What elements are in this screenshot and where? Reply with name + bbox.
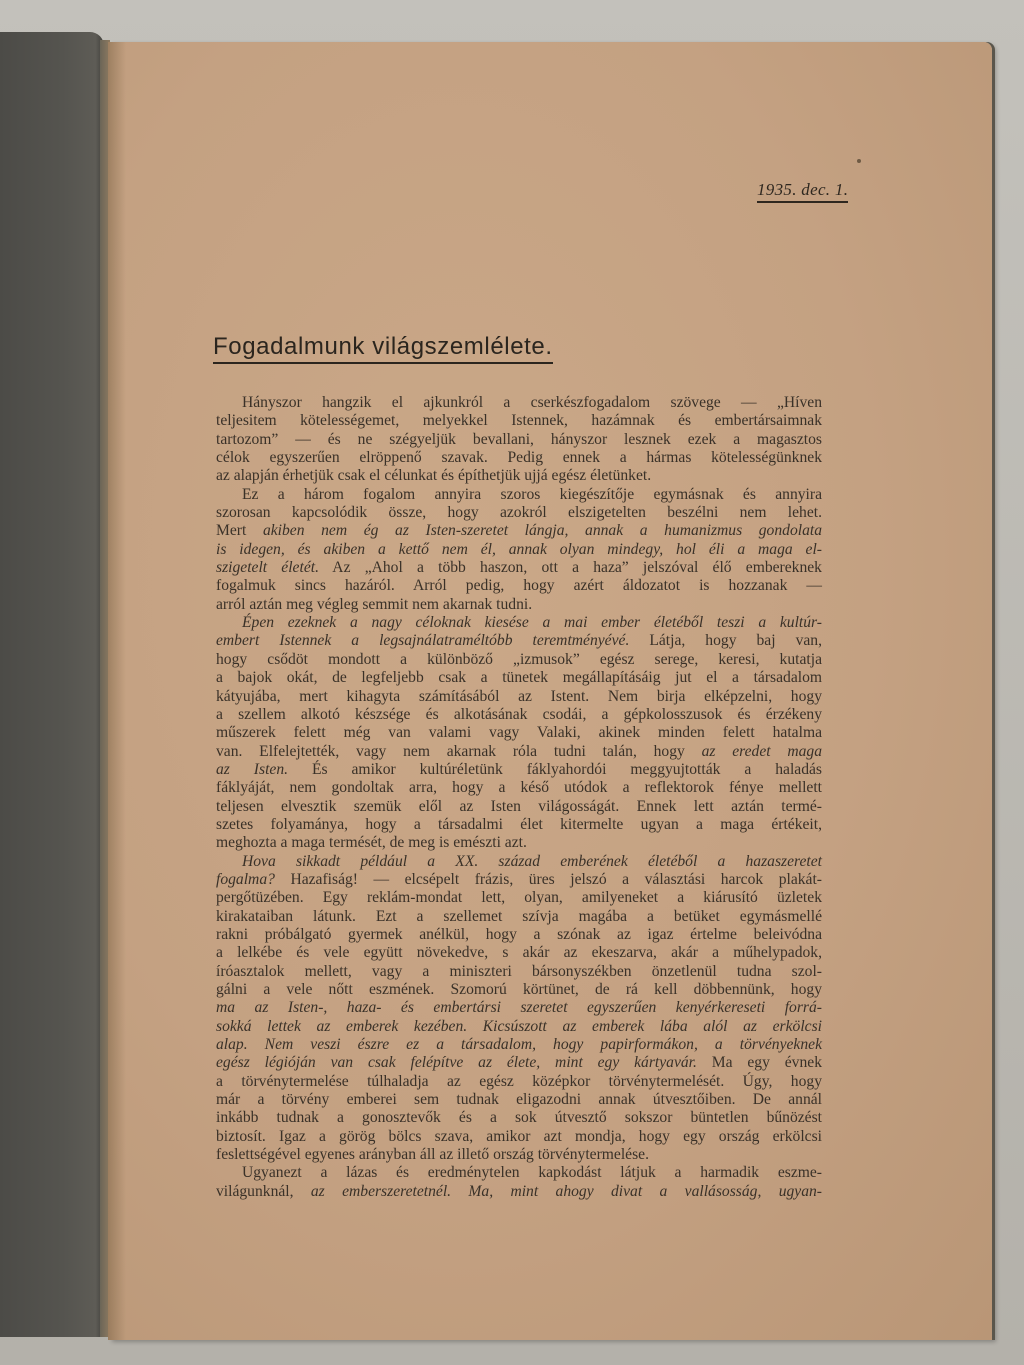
text-line: az alapján érhetjük csak el célunkat és … [216, 467, 822, 485]
text-line: szorosan kapcsolódik össze, hogy azokról… [216, 504, 822, 522]
paper-speck [857, 159, 861, 163]
text-segment: Az „Ahol a több haszon, ott a haza” jels… [319, 559, 822, 576]
text-segment: a szellem alkotó készsége és alkotásának… [216, 706, 822, 723]
text-line: alap. Nem veszi észre ez a társadalom, h… [216, 1036, 822, 1054]
text-segment: a bajok okát, de legfeljebb csak a tünet… [216, 669, 822, 686]
text-line: egész légióján van csak felépítve az éle… [216, 1054, 822, 1072]
text-line: teljesen elvesztik szemük elől az Isten … [216, 798, 822, 816]
text-segment: gálni a vele nőtt eszmének. Szomorú kört… [216, 981, 822, 998]
text-line: íróasztalok mellett, vagy a miniszteri b… [216, 963, 822, 981]
text-segment: Ugyanezt a lázas és eredménytelen kapkod… [242, 1164, 822, 1181]
italic-text-segment: fogalma? [216, 871, 275, 888]
text-line: arról aztán meg végleg semmit nem akarna… [216, 596, 822, 614]
text-line: Hányszor hangzik el ajkunkról a cserkész… [216, 394, 822, 412]
text-line: az Isten. És amikor kultúréletünk fáklya… [216, 761, 822, 779]
text-line: gálni a vele nőtt eszmének. Szomorú kört… [216, 981, 822, 999]
italic-text-segment: sokká lettek az emberek kezében. Kicsúsz… [216, 1018, 822, 1035]
text-line: kirakataiban látunk. Ezt a szellemet szí… [216, 908, 822, 926]
text-segment: fogalmuk sincs hazáról. Arról pedig, hog… [216, 577, 822, 594]
text-line: Mert akiben nem ég az Isten-szeretet lán… [216, 522, 822, 540]
text-line: a szellem alkotó készsége és alkotásának… [216, 706, 822, 724]
text-segment: fáklyáját, nem gondoltak arra, hogy a ké… [216, 779, 822, 796]
italic-text-segment: ma az Isten-, haza- és embertársi szeret… [216, 999, 822, 1016]
text-segment: Ez a három fogalom annyira szoros kiegés… [242, 486, 822, 503]
text-line: célok egyszerűen elröppenő szavak. Pedig… [216, 449, 822, 467]
text-segment: a törvénytermelése túlhaladja az egész k… [216, 1073, 822, 1090]
text-line: a törvénytermelése túlhaladja az egész k… [216, 1073, 822, 1091]
text-segment: íróasztalok mellett, vagy a miniszteri b… [216, 963, 822, 980]
text-line: hogy csődöt mondott a különböző „izmusok… [216, 651, 822, 669]
italic-text-segment: az eredet maga [702, 743, 822, 760]
text-segment: rakni próbálgató gyermek anélkül, hogy a… [216, 926, 822, 943]
text-segment: Hányszor hangzik el ajkunkról a cserkész… [242, 394, 822, 411]
text-segment: Hazafiság! — elcsépelt frázis, üres jels… [275, 871, 822, 888]
text-line: kátyujába, mert kihagyta számításából az… [216, 688, 822, 706]
italic-text-segment: alap. Nem veszi észre ez a társadalom, h… [216, 1036, 822, 1053]
text-line: világunknál, az emberszeretetnél. Ma, mi… [216, 1183, 822, 1201]
text-segment: Mert [216, 522, 263, 539]
text-line: szigetelt életét. Az „Ahol a több haszon… [216, 559, 822, 577]
text-segment: Ma egy évnek [697, 1054, 822, 1071]
text-segment: műszerek felett még van valami vagy Vala… [216, 724, 822, 741]
text-line: Épen ezeknek a nagy céloknak kiesése a m… [216, 614, 822, 632]
text-line: tartozom” — és ne szégyeljük bevallani, … [216, 431, 822, 449]
italic-text-segment: egész légióján van csak felépítve az éle… [216, 1054, 697, 1071]
booklet-cover [0, 32, 104, 1337]
italic-text-segment: akiben nem ég az Isten-szeretet lángja, … [263, 522, 822, 539]
text-line: feslettségével egyenes arányban áll az i… [216, 1146, 822, 1164]
text-line: rakni próbálgató gyermek anélkül, hogy a… [216, 926, 822, 944]
italic-text-segment: embert Istennek a legsajnálatraméltóbb t… [216, 632, 629, 649]
document-title: Fogadalmunk világszemlélete. [213, 333, 553, 364]
text-segment: inkább tudnak a gonosztevők és a sok útv… [216, 1109, 822, 1126]
text-line: fáklyáját, nem gondoltak arra, hogy a ké… [216, 779, 822, 797]
text-segment: kátyujába, mert kihagyta számításából az… [216, 688, 822, 705]
text-segment: biztosít. Igaz a görög bölcs szava, amik… [216, 1128, 822, 1145]
text-line: inkább tudnak a gonosztevők és a sok útv… [216, 1109, 822, 1127]
italic-text-segment: Épen ezeknek a nagy céloknak kiesése a m… [242, 614, 822, 631]
italic-text-segment: az emberszeretetnél. Ma, mint ahogy diva… [311, 1183, 822, 1200]
text-segment: teljesen elvesztik szemük elől az Isten … [216, 798, 822, 815]
italic-text-segment: az Isten. [216, 761, 288, 778]
text-line: teljesitem kötelességemet, melyekkel Ist… [216, 412, 822, 430]
italic-text-segment: Hova sikkadt például a XX. század emberé… [242, 853, 822, 870]
text-line: sokká lettek az emberek kezében. Kicsúsz… [216, 1018, 822, 1036]
text-segment: Látja, hogy baj van, [629, 632, 822, 649]
text-line: fogalma? Hazafiság! — elcsépelt frázis, … [216, 871, 822, 889]
text-segment: feslettségével egyenes arányban áll az i… [216, 1146, 649, 1163]
text-segment: szetes folyamánya, hogy a társadalmi éle… [216, 816, 822, 833]
text-line: van. Elfelejtették, vagy nem akarnak ról… [216, 743, 822, 761]
text-line: a bajok okát, de legfeljebb csak a tünet… [216, 669, 822, 687]
text-line: biztosít. Igaz a görög bölcs szava, amik… [216, 1128, 822, 1146]
text-line: ma az Isten-, haza- és embertársi szeret… [216, 999, 822, 1017]
text-segment: a lelkébe és vele együtt növekedve, s ak… [216, 944, 822, 961]
text-segment: már a törvény emberei sem tudnak eligazo… [216, 1091, 822, 1108]
text-line: Ez a három fogalom annyira szoros kiegés… [216, 486, 822, 504]
text-segment: szorosan kapcsolódik össze, hogy azokról… [216, 504, 822, 521]
text-line: fogalmuk sincs hazáról. Arról pedig, hog… [216, 577, 822, 595]
text-line: Ugyanezt a lázas és eredménytelen kapkod… [216, 1164, 822, 1182]
italic-text-segment: szigetelt életét. [216, 559, 319, 576]
text-segment: tartozom” — és ne szégyeljük bevallani, … [216, 431, 822, 448]
text-line: Hova sikkadt például a XX. század emberé… [216, 853, 822, 871]
text-line: műszerek felett még van valami vagy Vala… [216, 724, 822, 742]
text-segment: az alapján érhetjük csak el célunkat és … [216, 467, 651, 484]
text-line: szetes folyamánya, hogy a társadalmi éle… [216, 816, 822, 834]
text-line: is idegen, és akiben a kettő nem él, ann… [216, 541, 822, 559]
text-segment: célok egyszerűen elröppenő szavak. Pedig… [216, 449, 822, 466]
text-line: pergőtüzében. Egy reklám-mondat lett, ol… [216, 889, 822, 907]
document-body: Hányszor hangzik el ajkunkról a cserkész… [216, 394, 822, 1201]
text-line: meghozta a maga termését, de meg is emés… [216, 834, 822, 852]
italic-text-segment: is idegen, és akiben a kettő nem él, ann… [216, 541, 822, 558]
text-segment: meghozta a maga termését, de meg is emés… [216, 834, 527, 851]
text-segment: arról aztán meg végleg semmit nem akarna… [216, 596, 532, 613]
text-segment: világunknál, [216, 1183, 311, 1200]
text-segment: pergőtüzében. Egy reklám-mondat lett, ol… [216, 889, 822, 906]
text-segment: És amikor kultúréletünk fáklyahordói meg… [288, 761, 822, 778]
text-segment: hogy csődöt mondott a különböző „izmusok… [216, 651, 822, 668]
document-date: 1935. dec. 1. [757, 180, 848, 203]
text-segment: kirakataiban látunk. Ezt a szellemet szí… [216, 908, 822, 925]
text-segment: teljesitem kötelességemet, melyekkel Ist… [216, 412, 822, 429]
text-line: embert Istennek a legsajnálatraméltóbb t… [216, 632, 822, 650]
text-segment: van. Elfelejtették, vagy nem akarnak ról… [216, 743, 702, 760]
text-line: a lelkébe és vele együtt növekedve, s ak… [216, 944, 822, 962]
text-line: már a törvény emberei sem tudnak eligazo… [216, 1091, 822, 1109]
